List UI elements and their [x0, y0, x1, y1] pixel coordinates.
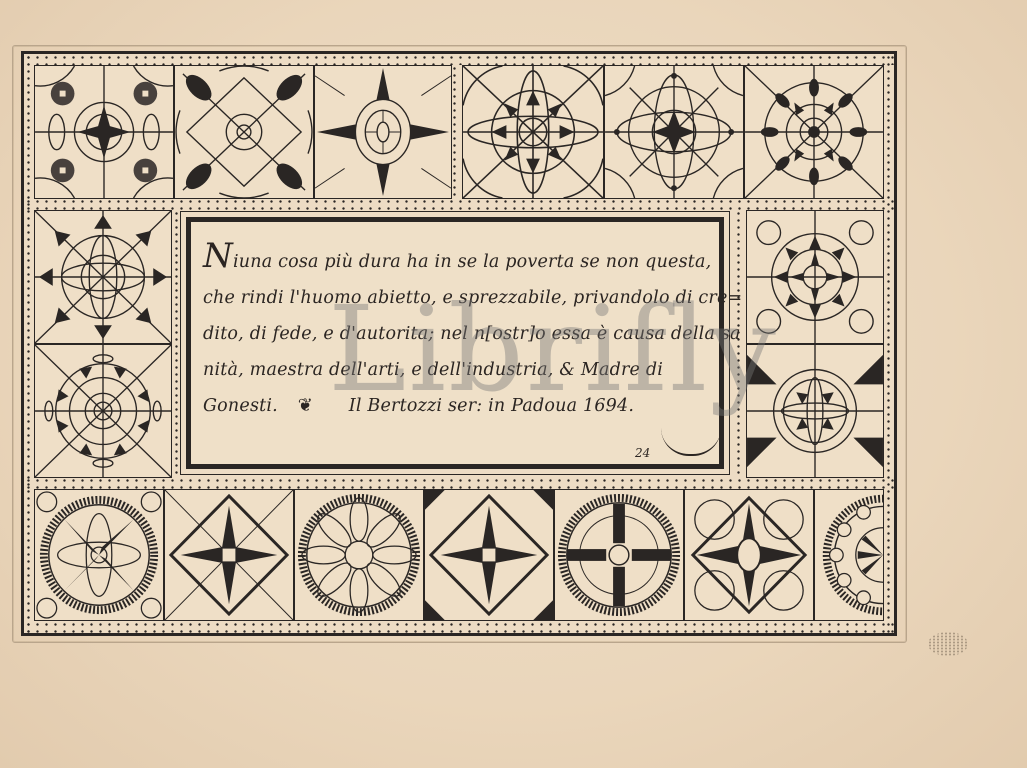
- paper-blemish: [928, 632, 968, 656]
- inscription-line-3: dito, di fede, e d'autorita; nel n[ostr]…: [203, 316, 709, 352]
- dotted-band-mid-bottom: [24, 477, 894, 489]
- diamond-oval-icon: [685, 490, 813, 620]
- diamond-cross-icon: [165, 490, 293, 620]
- tile-star-rosette-quatrefoil: [34, 65, 174, 199]
- dotted-band-mid-top: [24, 198, 894, 210]
- sunflower-star-icon: [315, 66, 451, 198]
- dotted-band-left: [24, 54, 34, 633]
- signature: Il Bertozzi ser: in Padoua 1694.: [349, 396, 634, 416]
- tile-petal-star-circle: [462, 65, 604, 199]
- dotted-band-right: [884, 54, 894, 633]
- tile-diamond-oval: [684, 489, 814, 621]
- dotted-band-bottom: [24, 621, 894, 633]
- inscription-line-4: nità, maestra dell'arti, e dell'industri…: [203, 352, 709, 388]
- tile-eye-medallion-circle: [744, 65, 884, 199]
- tile-cross-flower-medallion: [746, 344, 884, 478]
- concentric-wheel-icon: [35, 345, 171, 477]
- tile-radiating-compass-wheel: [604, 65, 744, 199]
- inscription-panel: Niuna cosa più dura ha in se la poverta …: [186, 217, 724, 469]
- tile-diamond-cross-2: [424, 489, 554, 621]
- star-rosette-icon: [35, 66, 173, 198]
- tile-diamond-cross: [164, 489, 294, 621]
- tile-concentric-wheel: [34, 344, 172, 478]
- dotted-band-inner-left: [172, 210, 184, 478]
- eight-petal-ring-icon: [295, 490, 423, 620]
- tile-eight-point-star-sunflower: [314, 65, 452, 199]
- flourish-ornament: [661, 428, 721, 456]
- diamond-cross-icon: [425, 490, 553, 620]
- tile-eight-petal-ring: [294, 489, 424, 621]
- crossed-arrows-icon: [175, 66, 313, 198]
- inscription-line-2: che rindi l'huomo abietto, e sprezzabile…: [203, 280, 709, 316]
- cross-star-ring-icon: [35, 490, 163, 620]
- cross-flower-icon: [747, 345, 883, 477]
- tile-candle-cross-ring: [554, 489, 684, 621]
- inscription-line-1: Niuna cosa più dura ha in se la poverta …: [203, 244, 709, 280]
- tile-crossed-arrows-rosette: [174, 65, 314, 199]
- flame-star-icon: [35, 211, 171, 343]
- candle-cross-ring-icon: [555, 490, 683, 620]
- tile-partial-ring: [814, 489, 884, 621]
- tile-flame-star-rosette: [34, 210, 172, 344]
- partial-ring-icon: [815, 490, 883, 620]
- fleuron-ornament-icon: ❦: [298, 388, 313, 424]
- eye-medallion-icon: [745, 66, 883, 198]
- tile-cross-star-ring: [34, 489, 164, 621]
- decorated-initial: N: [203, 236, 233, 276]
- inscription-line-5: Gonesti.: [203, 396, 278, 416]
- dotted-band-top: [24, 54, 894, 65]
- inscription-text: Niuna cosa più dura ha in se la poverta …: [203, 244, 709, 424]
- triangle-star-icon: [747, 211, 883, 343]
- dotted-band-inner-right: [734, 210, 746, 478]
- petal-star-icon: [463, 66, 603, 198]
- compass-wheel-icon: [605, 66, 743, 198]
- signature-row: Gonesti. ❦ Il Bertozzi ser: in Padoua 16…: [203, 388, 709, 424]
- tile-triangle-star-medallion: [746, 210, 884, 344]
- engraver-monogram: 24: [635, 446, 650, 460]
